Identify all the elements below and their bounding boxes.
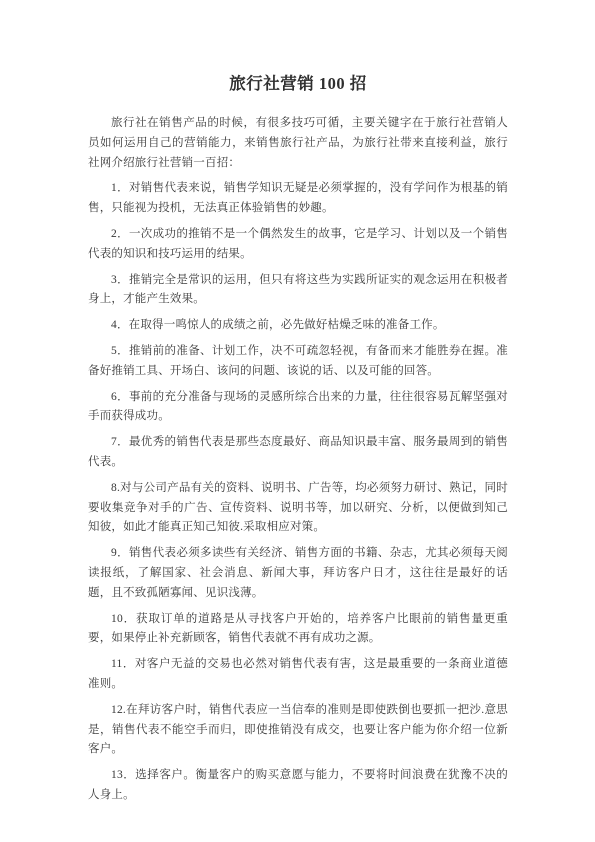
list-item: 3．推销完全是常识的运用，但只有将这些为实践所证实的观念运用在积极者身上，才能产… xyxy=(88,271,508,311)
document-page: 旅行社营销 100 招 旅行社在销售产品的时候，有很多技巧可循，主要关键字在于旅… xyxy=(0,0,595,842)
list-item: 1．对销售代表来说，销售学知识无疑是必须掌握的，没有学问作为根基的销售，只能视为… xyxy=(88,179,508,219)
list-item: 11．对客户无益的交易也必然对销售代表有害，这是最重要的一条商业道德准则。 xyxy=(88,655,508,695)
list-item: 13．选择客户。衡量客户的购买意愿与能力，不要将时间浪费在犹豫不决的人身上。 xyxy=(88,766,508,806)
list-item: 12.在拜访客户时，销售代表应一当信奉的准则是即使跌倒也要抓一把沙.意思是，销售… xyxy=(88,701,508,760)
list-item: 5．推销前的准备、计划工作，决不可疏忽轻视，有备而来才能胜券在握。准备好推销工具… xyxy=(88,342,508,382)
list-item: 8.对与公司产品有关的资料、说明书、广告等，均必须努力研讨、熟记，同时要收集竞争… xyxy=(88,479,508,538)
list-item: 2．一次成功的推销不是一个偶然发生的故事，它是学习、计划以及一个销售代表的知识和… xyxy=(88,225,508,265)
list-item: 4．在取得一鸣惊人的成绩之前，必先做好枯燥乏味的准备工作。 xyxy=(88,316,508,336)
intro-paragraph: 旅行社在销售产品的时候，有很多技巧可循，主要关键字在于旅行社营销人员如何运用自己… xyxy=(88,114,508,173)
list-item: 10．获取订单的道路是从寻找客户开始的，培养客户比眼前的销售量更重要，如果停止补… xyxy=(88,610,508,650)
list-item: 6．事前的充分准备与现场的灵感所综合出来的力量，往往很容易瓦解坚强对手而获得成功… xyxy=(88,388,508,428)
list-item: 9．销售代表必须多读些有关经济、销售方面的书籍、杂志，尤其必须每天阅读报纸，了解… xyxy=(88,544,508,603)
list-item: 7．最优秀的销售代表是那些态度最好、商品知识最丰富、服务最周到的销售代表。 xyxy=(88,433,508,473)
page-title: 旅行社营销 100 招 xyxy=(88,72,508,96)
